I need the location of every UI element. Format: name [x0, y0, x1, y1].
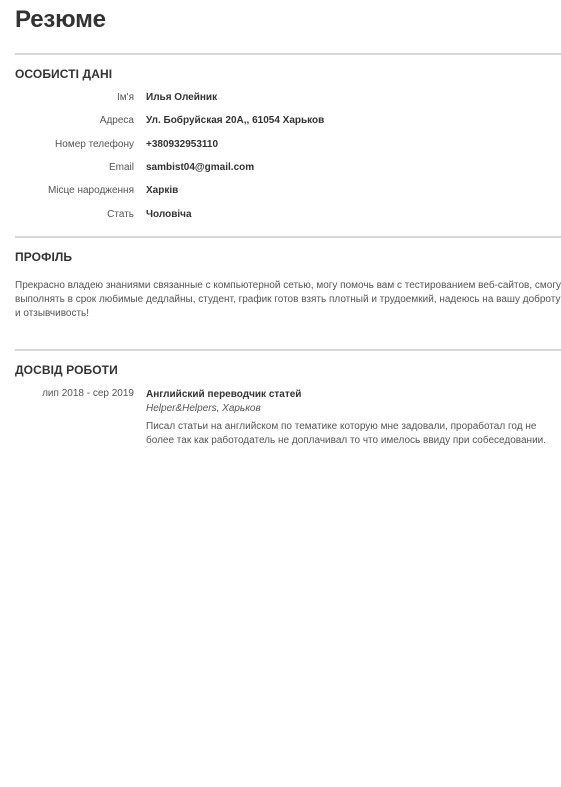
job-entry: Английский переводчик статей Helper&Help… [146, 388, 561, 448]
section-title-personal: ОСОБИСТІ ДАНІ [15, 67, 112, 81]
field-label: Місце народження [48, 185, 134, 196]
section-title-profile: ПРОФІЛЬ [15, 250, 72, 264]
field-value: sambist04@gmail.com [146, 162, 254, 173]
field-value: Харків [146, 185, 178, 196]
personal-row-email: Email sambist04@gmail.com [15, 162, 561, 176]
field-value: +380932953110 [146, 139, 218, 150]
divider [15, 53, 561, 55]
field-value: Ул. Бобруйская 20А,, 61054 Харьков [146, 115, 324, 126]
job-title: Английский переводчик статей [146, 388, 561, 402]
field-label: Адреса [100, 115, 134, 126]
section-title-experience: ДОСВІД РОБОТИ [15, 363, 118, 377]
personal-row-address: Адреса Ул. Бобруйская 20А,, 61054 Харько… [15, 115, 561, 129]
job-dates: лип 2018 - сер 2019 [42, 388, 134, 399]
personal-row-birthplace: Місце народження Харків [15, 185, 561, 199]
personal-row-phone: Номер телефону +380932953110 [15, 139, 561, 153]
divider [15, 349, 561, 351]
personal-row-gender: Стать Чоловіча [15, 209, 561, 223]
field-label: Ім'я [117, 92, 134, 103]
profile-text: Прекрасно владею знаниями связанные с ко… [15, 279, 561, 321]
personal-row-name: Ім'я Илья Олейник [15, 92, 561, 106]
job-description: Писал статьи на английском по тематике к… [146, 420, 561, 448]
field-value: Илья Олейник [146, 92, 217, 103]
page-title: Резюме [15, 6, 106, 34]
field-label: Email [109, 162, 134, 173]
job-company: Helper&Helpers, Харьков [146, 402, 561, 416]
field-value: Чоловіча [146, 209, 192, 220]
field-label: Стать [107, 209, 134, 220]
divider [15, 236, 561, 238]
field-label: Номер телефону [55, 139, 134, 150]
